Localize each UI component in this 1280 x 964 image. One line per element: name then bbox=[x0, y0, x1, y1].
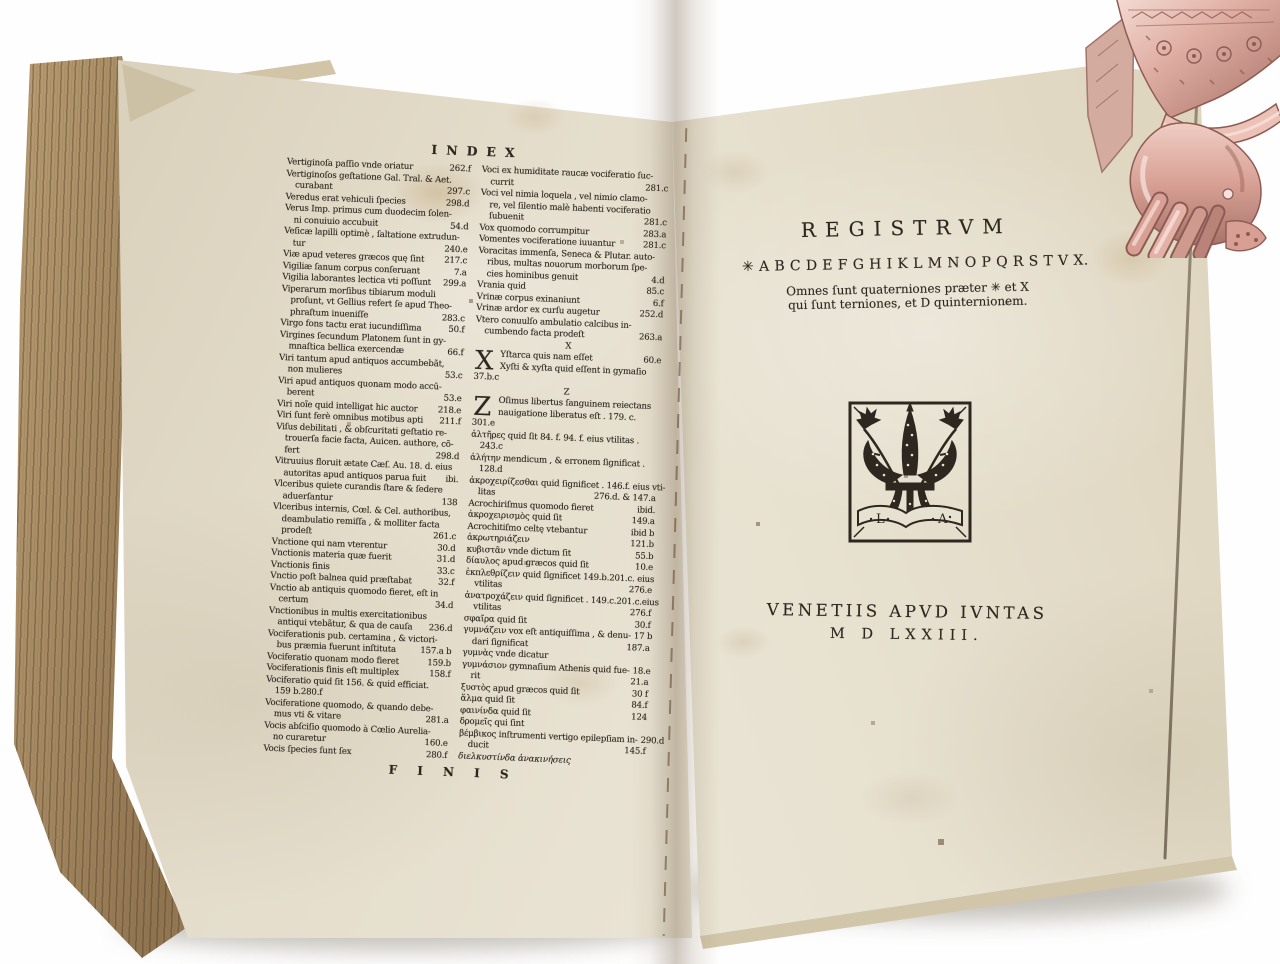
index-page-reference: 297.c bbox=[444, 186, 470, 199]
index-page-reference: 85.c bbox=[643, 286, 664, 298]
index-page-reference: 53.e bbox=[440, 393, 461, 405]
index-page-reference: 53.c bbox=[442, 370, 463, 382]
hand-fingers bbox=[1134, 200, 1218, 258]
index-page-reference: 84.f bbox=[628, 700, 648, 712]
index-page-reference: 281.c bbox=[641, 217, 667, 230]
index-page-reference: 276.f bbox=[627, 608, 652, 620]
index-page-reference: 6.f bbox=[650, 298, 664, 310]
index-entry-text: rit bbox=[461, 670, 480, 682]
imprint-venetiis: VENETIIS APVD IVNTAS bbox=[742, 600, 1072, 624]
index-page-reference: 17 b bbox=[631, 631, 653, 643]
index-entry-text: fert bbox=[275, 444, 299, 456]
foxing-specks bbox=[0, 0, 2, 2]
index-page-reference: 124 bbox=[628, 712, 647, 724]
index-page-reference: 66.f bbox=[444, 348, 464, 360]
ornamental-hand bbox=[1076, 0, 1280, 258]
index-page-reference: 50.f bbox=[445, 325, 465, 337]
index-column-2: Voci ex humiditate raucæ vociferatio ſuc… bbox=[458, 165, 669, 770]
index-page-text: INDEX Vertiginoſa paſſio vnde oriatur262… bbox=[260, 136, 670, 811]
device-letter-l: L bbox=[876, 512, 885, 527]
index-page-reference: 54.d bbox=[447, 221, 469, 233]
registrum-title: REGISTRVM bbox=[741, 213, 1071, 243]
index-page-reference: 160.e bbox=[421, 738, 448, 751]
hand-clasp-ornament bbox=[1226, 221, 1266, 251]
index-page-reference: 10.e bbox=[632, 562, 653, 574]
drop-cap-letter: Z bbox=[473, 394, 492, 421]
index-page-reference: 55.b bbox=[632, 551, 654, 563]
index-page-reference: 261.c bbox=[430, 531, 456, 544]
index-page-reference: 4.d bbox=[648, 275, 665, 287]
index-page-reference: 30 f bbox=[629, 689, 649, 701]
ring-ornament bbox=[1223, 189, 1233, 199]
index-page-reference: 299.a bbox=[440, 278, 467, 291]
index-page-reference: 276.e bbox=[626, 585, 653, 598]
index-page-reference: ibid. bbox=[634, 505, 656, 517]
device-letter-a: A bbox=[937, 512, 948, 527]
index-entry-text: Vocis ſpecies ſunt ſex bbox=[263, 743, 351, 758]
index-page-reference: 280.f bbox=[423, 749, 448, 761]
index-page-reference: 21.a bbox=[627, 677, 648, 689]
index-page-reference: 30.d bbox=[434, 543, 456, 555]
index-page-reference: 30.f bbox=[631, 620, 651, 632]
index-page-reference: 18.e bbox=[629, 666, 650, 678]
collation-alphabet: ✳ A B C D E F G H I K L M N O P Q R S T … bbox=[742, 253, 1072, 275]
imprint-block: VENETIIS APVD IVNTAS M D LXXIII. bbox=[742, 600, 1073, 646]
index-page-reference: 121.b bbox=[627, 539, 654, 552]
index-page-reference: 31.d bbox=[433, 554, 455, 566]
index-page-reference: 60.e bbox=[640, 355, 661, 367]
index-page-reference: 281.c bbox=[640, 240, 666, 253]
index-entry-text: Z bbox=[563, 387, 569, 399]
hand-cuff bbox=[1116, 0, 1280, 118]
registrum-block: REGISTRVM ✳ A B C D E F G H I K L M N O … bbox=[741, 213, 1073, 313]
index-column-1: Vertiginoſa paſſio vnde oriatur262.fVert… bbox=[263, 157, 471, 762]
index-page-reference: ibi. bbox=[442, 474, 458, 486]
index-page-reference: 32.f bbox=[435, 577, 455, 589]
index-entry-text: X bbox=[565, 341, 571, 353]
index-page-reference: 283.c bbox=[439, 313, 465, 326]
index-page-reference: 7.a bbox=[451, 267, 467, 279]
drop-cap-letter: X bbox=[475, 348, 494, 375]
index-page-reference: 263.a bbox=[636, 332, 663, 345]
index-page-reference: 281.c bbox=[642, 183, 668, 196]
index-page-reference: 157.a b bbox=[417, 646, 452, 659]
index-page-reference: 217.c bbox=[441, 255, 467, 268]
index-page-reference: 138 bbox=[438, 497, 457, 509]
index-page-reference: 158.f bbox=[426, 669, 451, 681]
index-page-reference: 34.d bbox=[432, 600, 454, 612]
antique-book-photo: INDEX Vertiginoſa paſſio vnde oriatur262… bbox=[0, 0, 1280, 964]
printer-device-fleur-de-lis: L A bbox=[846, 399, 974, 545]
index-page-reference: 262.f bbox=[446, 163, 471, 175]
index-page-reference: 211.f bbox=[436, 416, 461, 428]
index-page-reference: 252.d bbox=[636, 309, 663, 322]
index-page-reference: 145.f bbox=[621, 746, 646, 758]
index-page-reference: 187.a bbox=[623, 642, 650, 655]
index-entry-text: tur bbox=[283, 237, 305, 249]
index-page-reference: 33.c bbox=[434, 566, 455, 578]
